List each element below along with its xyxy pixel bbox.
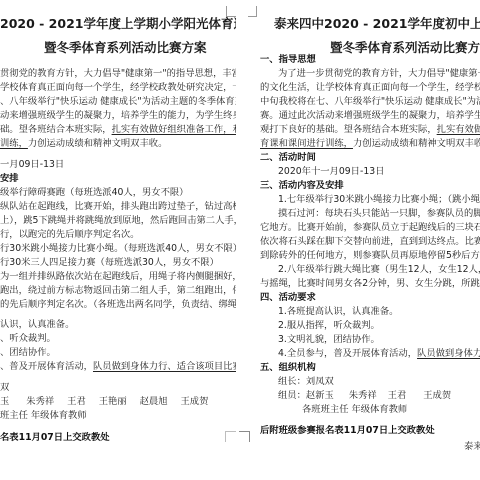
section-underlined: 扎实有效做好组织准	[437, 124, 480, 135]
requirement-line: 、听众裁判。	[0, 332, 56, 346]
requirement-text: 、普及开展体育活动，	[0, 361, 93, 372]
leader-label: 组长：	[278, 376, 306, 387]
member-name: 王君	[67, 396, 86, 407]
page-title-line2: 暨冬季体育系列活动比赛方案	[330, 38, 480, 58]
section-line: 2.服从指挥，听众裁判。	[278, 319, 380, 333]
content-line: 的先后顺序判定名次。（各班选出两名同学，负责结、绑绳）	[0, 298, 236, 312]
members-label: 组员：	[278, 390, 306, 401]
section-line: 1.七年级举行30米跳小绳接力比赛小绳；（跳小绳40人）	[278, 193, 480, 207]
member-name: 王成贺	[180, 396, 208, 407]
requirement-line: 、团结协作。	[0, 346, 56, 360]
section-underlined: 育课和课间进行训练，	[260, 138, 353, 149]
member-name: 王君	[388, 390, 407, 401]
event-date: 2020年十一月09日-13日	[278, 165, 384, 179]
crop-mark-icon	[248, 6, 257, 17]
member-name: 王艳丽	[99, 396, 127, 407]
member-name: 赵晨旭	[140, 396, 168, 407]
footer-note: 后附班级参赛报名表11月07日上交政教处	[260, 424, 435, 438]
section-line: 到除砖外的任何地方，则参赛队员再原地停留5秒后方可重新向前	[260, 249, 480, 263]
crop-mark-icon	[226, 6, 236, 17]
section-line: 2.八年级举行跳大绳比赛（男生12人，女生12人，另2名摇	[278, 263, 480, 277]
member-name: 王成贺	[423, 390, 451, 401]
section-line: 与摇绳，比赛时间男女各2分钟，男、女生分跳，所跳个数相加，	[260, 277, 480, 291]
content-line: 纵队站在起跑线，比赛开始，排头跑出跨过垫子，钻过高栏，套	[0, 200, 236, 214]
section-line: 4.全员参与，普及开展体育活动，队员做到身体力行、适合该	[278, 347, 480, 361]
section-line: 赛。通过此次活动来增强班级学生的凝聚力，培养学生的能力，	[260, 109, 480, 123]
event-date: 一月09日-13日	[0, 158, 64, 172]
page-title-line1: 泰来四中2020 - 2021学年度初中上学期阳光体	[274, 14, 480, 34]
document-page-left: 2020 - 2021学年度上学期小学阳光体育运动 暨冬季体育系列活动比赛方案 …	[0, 0, 236, 480]
section-line: 3.文明礼貌，团结协作。	[278, 333, 380, 347]
content-line: 级举行障碍赛跑（每班选派40人，男女不限）	[0, 186, 188, 200]
section-heading: 五、组织机构	[260, 361, 316, 375]
section-heading: 安排	[0, 172, 19, 186]
org-leader: 双	[0, 381, 9, 395]
section-heading: 一、指导思想	[260, 53, 316, 67]
intro-underlined: 扎实有效做好组织准备工作，利用体	[112, 124, 236, 135]
intro-line: 动来增强班级学生的凝聚力，培养学生的能力，为学生终身体育	[0, 109, 236, 123]
leader-name: 刘凤双	[306, 376, 334, 387]
crop-mark-icon	[225, 431, 236, 442]
section-line: 为了进一步贯彻党的教育方针，大力倡导"健康第一"的指导	[278, 67, 480, 81]
page-title-line1: 2020 - 2021学年度上学期小学阳光体育运动	[0, 14, 236, 34]
section-line: 的文化生活，让学校体育真正面向每一个学生，经学校政教处研	[260, 81, 480, 95]
intro-line: 础。望各班结合本班实际，扎实有效做好组织准备工作，利用体	[0, 123, 236, 137]
requirement-line: 认识，认真准备。	[0, 318, 74, 332]
content-line: 跑出，绕过前方标志物返回击第二组人手，第二组跑出，依次进	[0, 284, 236, 298]
member-name: 朱秀祥	[26, 396, 54, 407]
section-underlined: 队员做到身体力行、适合该	[417, 348, 480, 359]
page-title-line2: 暨冬季体育系列活动比赛方案	[44, 38, 207, 58]
section-line: 依次将石头踩在脚下交替向前进，直到到达终点。比赛中，若有	[260, 235, 480, 249]
content-line: 为一组并排纵路依次站在起跑线后，用绳子将内侧腿捆好，比赛	[0, 270, 236, 284]
org-others: 各班班主任 年级体育教师	[302, 403, 407, 417]
intro-line: 贯彻党的教育方针，大力倡导"健康第一"的指导思想，丰富学校	[0, 67, 236, 81]
org-members: 玉 朱秀祥 王君 王艳丽 赵晨旭 王成贺	[0, 395, 208, 409]
section-line: 育课和课间进行训练，力创运动成绩和精神文明双丰收。	[260, 137, 480, 151]
section-line: 它地方。比赛开始前，参赛队员立于起跑线后的三块石头上。裁	[260, 221, 480, 235]
member-name: 赵新玉	[306, 390, 334, 401]
section-heading: 二、活动时间	[260, 151, 316, 165]
section-heading: 四、活动要求	[260, 291, 316, 305]
requirement-line: 、普及开展体育活动，队员做到身体力行、适合该项目比赛。	[0, 360, 236, 374]
intro-underlined: 训练，	[0, 138, 28, 149]
org-members: 组员：赵新玉 朱秀祥 王君 王成贺	[278, 389, 451, 403]
section-line: 1.各班提高认识，认真准备。	[278, 305, 398, 319]
intro-line: 学校体育真正面向每一个学生，经学校政教处研究决定，十一月	[0, 81, 236, 95]
section-line: 观打下良好的基础。望各班结合本班实际，扎实有效做好组织准	[260, 123, 480, 137]
org-leader: 组长：刘凤双	[278, 375, 334, 389]
intro-line: 、八年级举行"快乐运动 健康成长"为活动主题的冬季体育系列比	[0, 95, 236, 109]
content-line: 行，以跑完的先后顺序判定名次。	[0, 228, 139, 242]
org-others: 班主任 年级体育教师	[0, 409, 87, 423]
intro-text: 力创运动成绩和精神文明双丰收。	[28, 138, 167, 149]
requirement-underlined: 队员做到身体力行、适合该项目比赛。	[93, 361, 236, 372]
content-line: 行30米跳小绳接力比赛小绳。（每班选派40人，男女不限）	[0, 242, 236, 256]
section-text: 4.全员参与，普及开展体育活动，	[278, 348, 417, 359]
intro-line: 训练，力创运动成绩和精神文明双丰收。	[0, 137, 167, 151]
section-text: 观打下良好的基础。望各班结合本班实际，	[260, 124, 437, 135]
footer-note: 名表11月07日上交政教处	[0, 431, 110, 445]
content-line: 行30米三人四足接力赛（每班选派30人，男女不限）	[0, 256, 219, 270]
section-line: 中旬我校将在七、八年级举行"快乐运动 健康成长"为活动主题的	[260, 95, 480, 109]
section-line: 摸石过河：每块石头只能站一只脚，参赛队员的脚不能踩到	[278, 207, 480, 221]
crop-mark-icon	[239, 431, 250, 442]
member-name: 玉	[0, 396, 9, 407]
section-text: 力创运动成绩和精神文明双丰收。	[353, 138, 480, 149]
section-heading: 三、活动内容及安排	[260, 179, 344, 193]
content-line: 上），跳5下跳绳并将跳绳放到原地，然后跑回击第二人手，第二	[0, 214, 236, 228]
member-name: 朱秀祥	[349, 390, 377, 401]
intro-text: 础。望各班结合本班实际，	[0, 124, 112, 135]
signature: 泰来县	[464, 440, 480, 454]
document-page-right: 泰来四中2020 - 2021学年度初中上学期阳光体 暨冬季体育系列活动比赛方案…	[248, 0, 480, 480]
